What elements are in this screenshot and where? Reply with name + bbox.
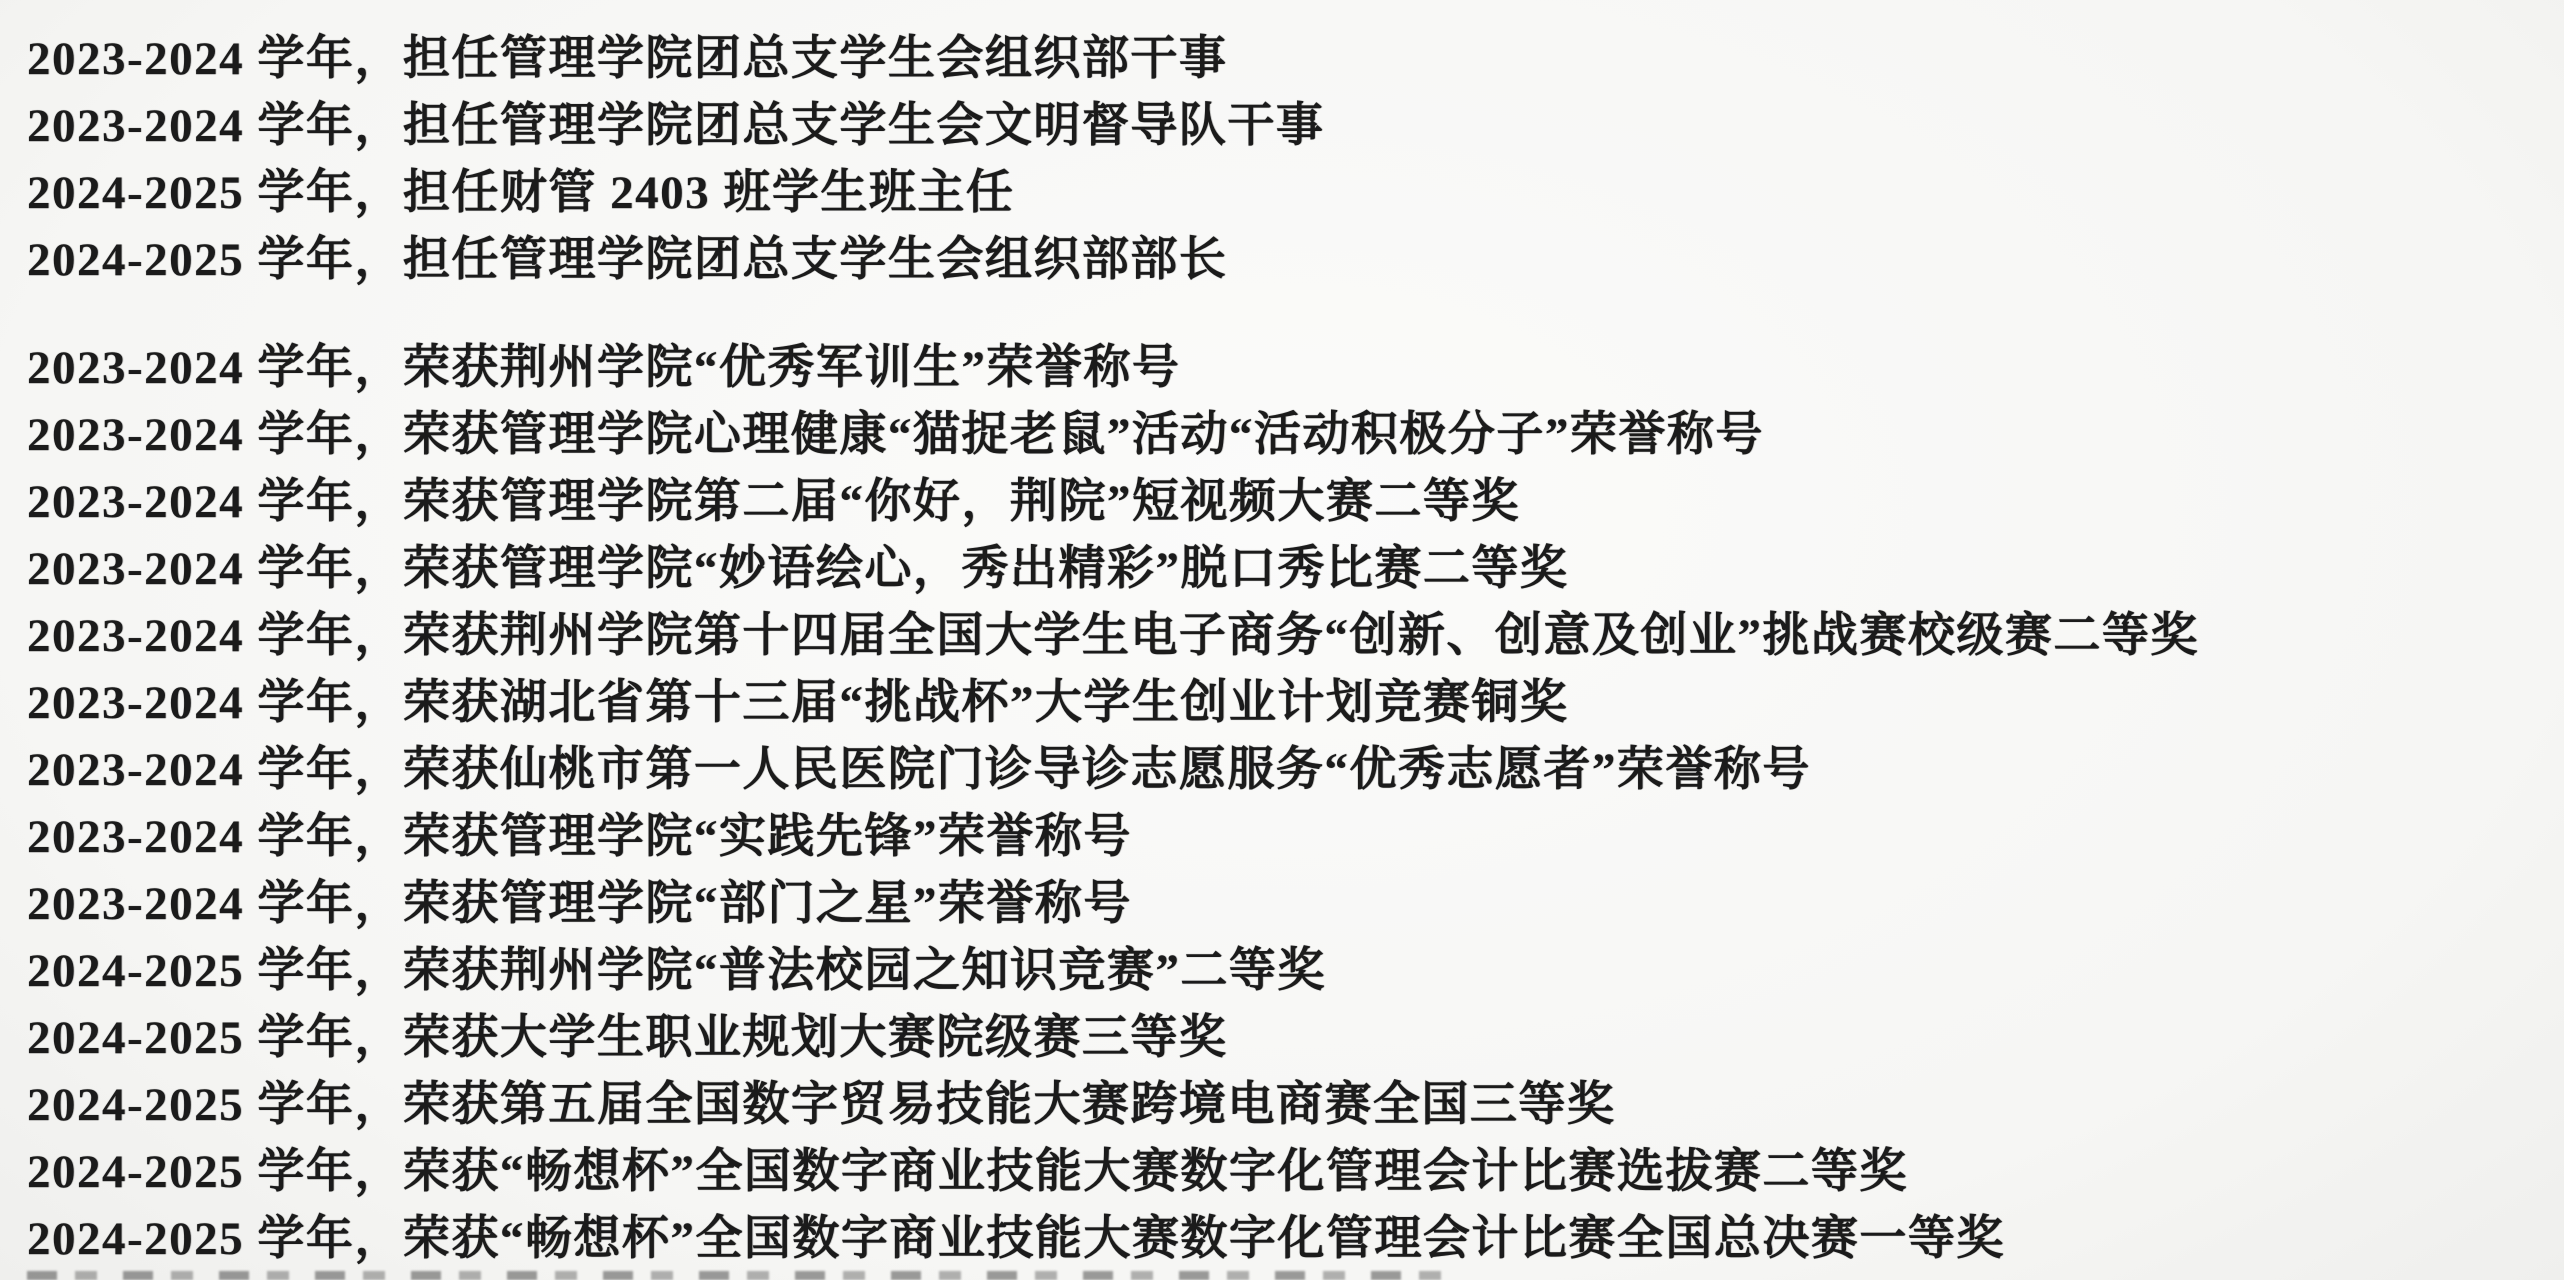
position-line-2: 2023-2024 学年，担任管理学院团总支学生会文明督导队干事 [27,93,2564,160]
award-line-1: 2023-2024 学年，荣获荆州学院“优秀军训生”荣誉称号 [27,335,2564,402]
clipped-next-line-hint [27,1271,1447,1280]
award-line-12: 2024-2025 学年，荣获第五届全国数字贸易技能大赛跨境电商赛全国三等奖 [27,1072,2564,1139]
award-line-7: 2023-2024 学年，荣获仙桃市第一人民医院门诊导诊志愿服务“优秀志愿者”荣… [27,737,2564,804]
award-line-2: 2023-2024 学年，荣获管理学院心理健康“猫捉老鼠”活动“活动积极分子”荣… [27,402,2564,469]
award-line-3: 2023-2024 学年，荣获管理学院第二届“你好，荆院”短视频大赛二等奖 [27,469,2564,536]
position-line-3: 2024-2025 学年，担任财管 2403 班学生班主任 [27,160,2564,227]
position-line-4: 2024-2025 学年，担任管理学院团总支学生会组织部部长 [27,227,2564,294]
award-line-9: 2023-2024 学年，荣获管理学院“部门之星”荣誉称号 [27,871,2564,938]
award-line-8: 2023-2024 学年，荣获管理学院“实践先锋”荣誉称号 [27,804,2564,871]
section-awards-honors: 2023-2024 学年，荣获荆州学院“优秀军训生”荣誉称号 2023-2024… [27,335,2564,1273]
award-line-13: 2024-2025 学年，荣获“畅想杯”全国数字商业技能大赛数字化管理会计比赛选… [27,1139,2564,1206]
award-line-14: 2024-2025 学年，荣获“畅想杯”全国数字商业技能大赛数字化管理会计比赛全… [27,1206,2564,1273]
award-line-6: 2023-2024 学年，荣获湖北省第十三届“挑战杯”大学生创业计划竞赛铜奖 [27,670,2564,737]
award-line-11: 2024-2025 学年，荣获大学生职业规划大赛院级赛三等奖 [27,1005,2564,1072]
award-line-4: 2023-2024 学年，荣获管理学院“妙语绘心，秀出精彩”脱口秀比赛二等奖 [27,536,2564,603]
section-student-positions: 2023-2024 学年，担任管理学院团总支学生会组织部干事 2023-2024… [27,26,2564,294]
award-line-10: 2024-2025 学年，荣获荆州学院“普法校园之知识竞赛”二等奖 [27,938,2564,1005]
award-line-5: 2023-2024 学年，荣获荆州学院第十四届全国大学生电子商务“创新、创意及创… [27,603,2564,670]
position-line-1: 2023-2024 学年，担任管理学院团总支学生会组织部干事 [27,26,2564,93]
document-page: 2023-2024 学年，担任管理学院团总支学生会组织部干事 2023-2024… [0,0,2564,1280]
